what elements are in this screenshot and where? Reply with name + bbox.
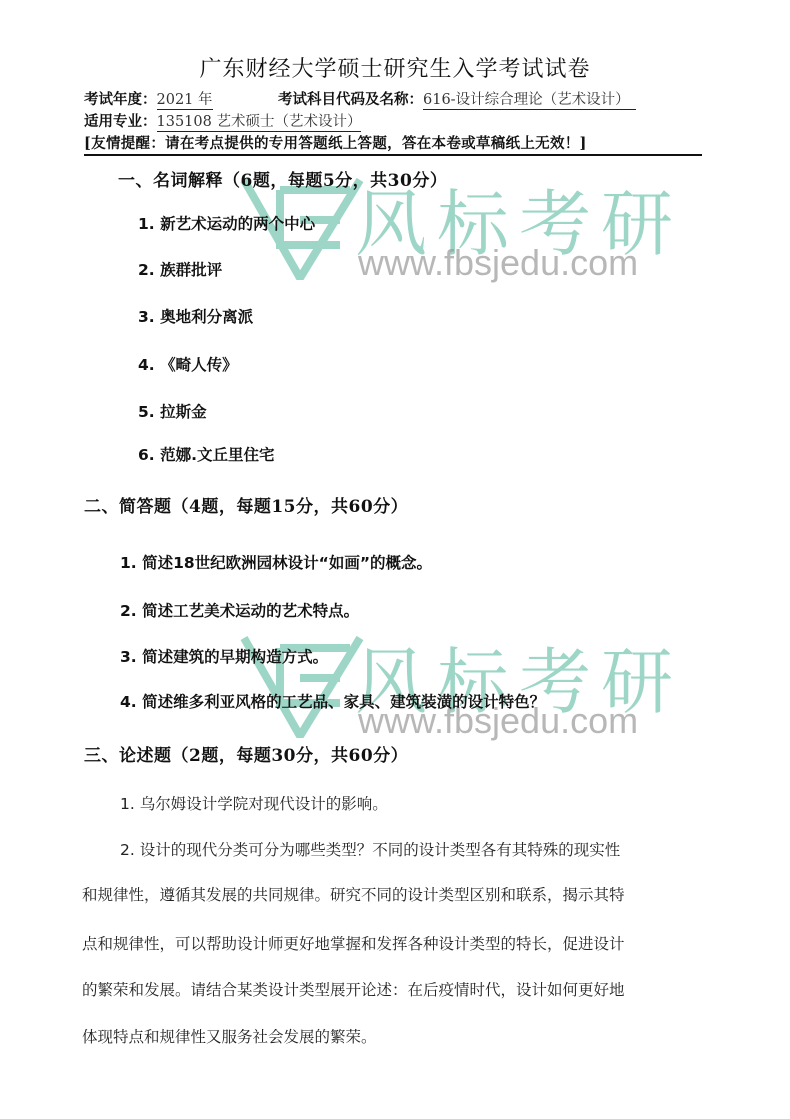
essay-line: 点和规律性，可以帮助设计师更好地掌握和发挥各种设计类型的特长，促进设计 [82, 932, 625, 954]
essay-item: 1. 乌尔姆设计学院对现代设计的影响。 [120, 792, 388, 814]
question-item: 4. 简述维多利亚风格的工艺品、家具、建筑装潢的设计特色？ [120, 690, 545, 712]
exam-year-label: 考试年度： [84, 91, 157, 108]
section-heading-1: 一、名词解释（6题，每题5分，共30分） [118, 166, 447, 191]
exam-subject: 考试科目代码及名称：616-设计综合理论（艺术设计） [278, 88, 636, 109]
watermark-brand: 风标考研 [355, 624, 683, 728]
essay-line: 体现特点和规律性又服务社会发展的繁荣。 [82, 1025, 377, 1047]
question-item: 2. 简述工艺美术运动的艺术特点。 [120, 599, 359, 621]
watermark-url: www.fbsjedu.com [358, 242, 638, 284]
section-heading-3: 三、论述题（2题，每题30分，共60分） [84, 741, 408, 766]
exam-notice: [友情提醒：请在考点提供的专用答题纸上答题，答在本卷或草稿纸上无效！] [84, 132, 702, 156]
term-item: 4. 《畸人传》 [138, 353, 238, 375]
exam-subject-value: 616-设计综合理论（艺术设计） [423, 92, 636, 110]
term-item: 6. 范娜.文丘里住宅 [138, 443, 274, 465]
term-item: 2. 族群批评 [138, 258, 222, 280]
essay-line: 的繁荣和发展。请结合某类设计类型展开论述：在后疫情时代，设计如何更好地 [82, 978, 625, 1000]
exam-major: 适用专业：135108 艺术硕士（艺术设计） [84, 110, 361, 131]
question-item: 1. 简述18世纪欧洲园林设计“如画”的概念。 [120, 551, 432, 573]
essay-line: 和规律性，遵循其发展的共同规律。研究不同的设计类型区别和联系，揭示其特 [82, 883, 625, 905]
exam-major-label: 适用专业： [84, 113, 157, 130]
exam-year-value: 2021 年 [157, 92, 213, 110]
term-item: 3. 奥地利分离派 [138, 305, 253, 327]
question-item: 3. 简述建筑的早期构造方式。 [120, 645, 328, 667]
exam-subject-label: 考试科目代码及名称： [278, 91, 423, 108]
exam-title: 广东财经大学硕士研究生入学考试试卷 [0, 52, 790, 83]
essay-line: 2. 设计的现代分类可分为哪些类型？不同的设计类型各有其特殊的现实性 [120, 838, 620, 860]
exam-year: 考试年度：2021 年 [84, 88, 213, 109]
term-item: 5. 拉斯金 [138, 400, 207, 422]
exam-major-value: 135108 艺术硕士（艺术设计） [157, 114, 362, 132]
section-heading-2: 二、简答题（4题，每题15分，共60分） [84, 492, 408, 517]
term-item: 1. 新艺术运动的两个中心 [138, 212, 315, 234]
